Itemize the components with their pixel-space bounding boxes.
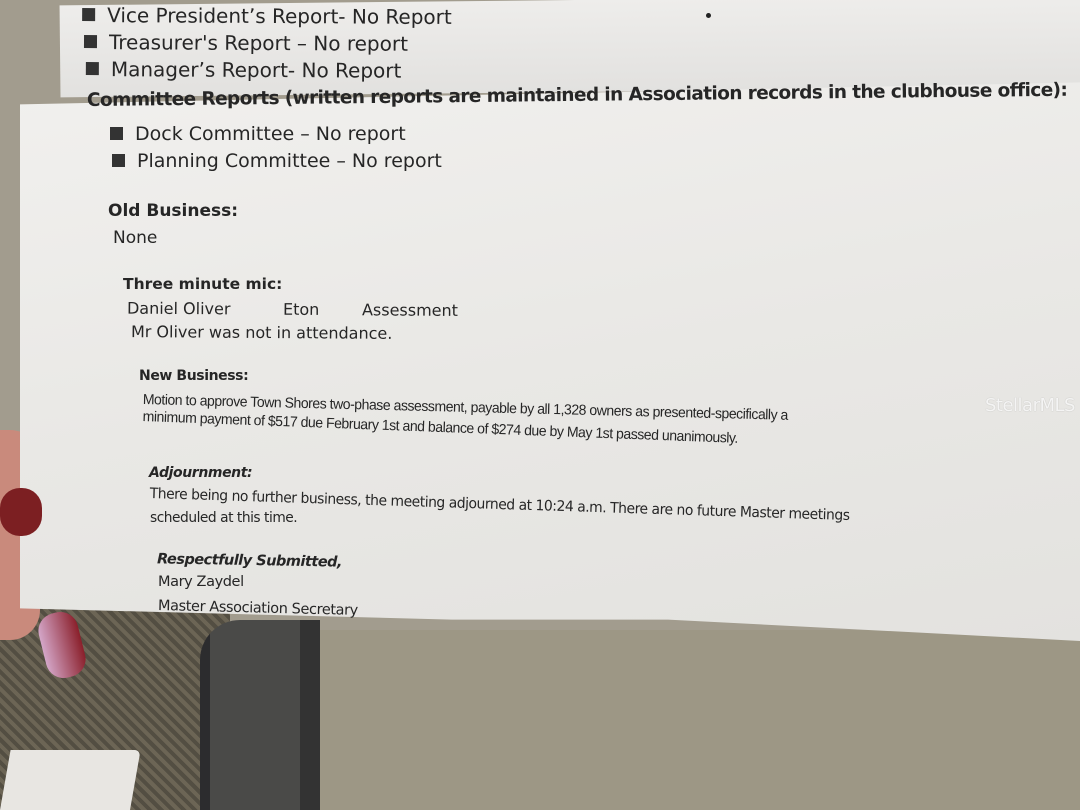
list-item: Planning Committee – No report — [112, 147, 442, 174]
adjournment-line-2: scheduled at this time. — [150, 510, 297, 526]
signature-name: Mary Zaydel — [158, 574, 244, 590]
adjournment-heading: Adjournment: — [149, 465, 252, 481]
three-minute-mic-heading: Three minute mic: — [123, 275, 282, 293]
square-bullet-icon — [86, 62, 99, 75]
committee-report-label: Dock Committee – No report — [135, 123, 406, 145]
fingernail — [0, 488, 42, 536]
old-business-heading: Old Business: — [108, 201, 238, 221]
officer-reports-list: Vice President’s Report- No Report Treas… — [82, 1, 452, 84]
mic-speaker-topic: Assessment — [362, 300, 458, 320]
committee-reports-list: Dock Committee – No report Planning Comm… — [110, 120, 442, 174]
officer-report-label: Manager’s Report- No Report — [111, 57, 402, 83]
ink-speck — [706, 13, 711, 18]
square-bullet-icon — [112, 154, 125, 167]
list-item: Treasurer's Report – No report — [84, 28, 452, 57]
three-minute-mic-heading-text: Three minute mic: — [123, 275, 282, 293]
square-bullet-icon — [84, 35, 97, 48]
officer-report-label: Vice President’s Report- No Report — [107, 3, 452, 29]
square-bullet-icon — [82, 8, 95, 21]
old-business-body: None — [113, 228, 157, 248]
watermark: StellarMLS — [985, 395, 1075, 416]
list-item: Manager’s Report- No Report — [86, 55, 452, 84]
mic-speaker-location: Eton — [283, 300, 319, 319]
mic-speaker-name: Daniel Oliver — [127, 299, 231, 319]
floor-background — [320, 630, 1080, 810]
mic-speaker-row: Daniel Oliver Eton Assessment — [127, 299, 231, 319]
mic-attendance-note: Mr Oliver was not in attendance. — [131, 322, 393, 343]
officer-report-label: Treasurer's Report – No report — [109, 30, 408, 56]
dark-object-background — [200, 620, 320, 810]
list-item: Dock Committee – No report — [110, 120, 442, 147]
list-item: Vice President’s Report- No Report — [82, 1, 452, 30]
committee-report-label: Planning Committee – No report — [137, 150, 442, 172]
new-business-heading: New Business: — [139, 368, 248, 384]
white-box — [0, 750, 141, 810]
square-bullet-icon — [110, 127, 123, 140]
signature-closing: Respectfully Submitted, — [157, 551, 342, 570]
